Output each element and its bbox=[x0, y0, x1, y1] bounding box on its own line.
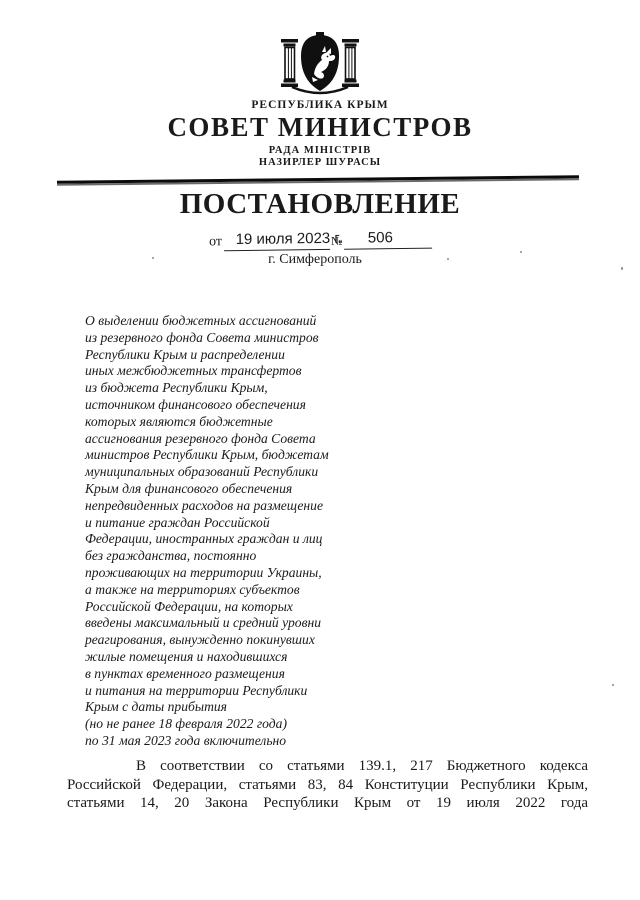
subject-line: без гражданства, постоянно bbox=[85, 548, 415, 565]
subject-line: жилые помещения и находившихся bbox=[85, 649, 415, 666]
subject-line: иных межбюджетных трансфертов bbox=[85, 363, 415, 380]
scan-speck bbox=[621, 267, 623, 270]
scan-speck bbox=[152, 257, 154, 259]
number-underline: 506 bbox=[344, 229, 432, 250]
subject-line: из бюджета Республики Крым, bbox=[85, 380, 415, 397]
subject-line: введены максимальный и средний уровни bbox=[85, 615, 415, 632]
document-page: РЕСПУБЛИКА КРЫМ СОВЕТ МИНИСТРОВ РАДА МІН… bbox=[0, 0, 640, 900]
place-name: г. Симферополь bbox=[245, 252, 385, 268]
subject-line: Республики Крым и распределении bbox=[85, 347, 415, 364]
date-number-row: от 19 июля 2023 г. № 506 bbox=[209, 228, 435, 252]
subject-line: по 31 мая 2023 года включительно bbox=[85, 733, 415, 750]
left-column bbox=[281, 39, 298, 87]
subject-line: Крым для финансового обеспечения bbox=[85, 481, 415, 498]
subject-line: реагирования, вынужденно покинувших bbox=[85, 632, 415, 649]
subject-line: в пунктах временного размещения bbox=[85, 666, 415, 683]
subject-line: Крым с даты прибытия bbox=[85, 699, 415, 716]
document-type-title: ПОСТАНОВЛЕНИЕ bbox=[0, 188, 640, 221]
republic-name: РЕСПУБЛИКА КРЫМ bbox=[0, 99, 640, 111]
subject-line: и питание граждан Российской bbox=[85, 515, 415, 532]
subject-line: ассигнования резервного фонда Совета bbox=[85, 431, 415, 448]
number-value: 506 bbox=[350, 229, 410, 247]
subject-line: муниципальных образований Республики bbox=[85, 464, 415, 481]
subject-annotation: О выделении бюджетных ассигнований из ре… bbox=[85, 313, 415, 750]
body-line: В соответствии со статьями 139.1, 217 Бю… bbox=[67, 757, 588, 776]
subject-line: Российской Федерации, на которых bbox=[85, 599, 415, 616]
subject-line: проживающих на территории Украины, bbox=[85, 565, 415, 582]
subject-line: О выделении бюджетных ассигнований bbox=[85, 313, 415, 330]
org-name-crimean-tatar: НАЗИРЛЕР ШУРАСЫ bbox=[0, 157, 640, 168]
body-paragraph: В соответствии со статьями 139.1, 217 Бю… bbox=[67, 757, 588, 813]
header-divider bbox=[57, 175, 579, 185]
date-underline: 19 июля 2023 г. bbox=[224, 230, 330, 251]
right-column bbox=[342, 39, 359, 87]
subject-line: которых являются бюджетные bbox=[85, 414, 415, 431]
subject-line: Федерации, иностранных граждан и лиц bbox=[85, 531, 415, 548]
date-value: 19 июля 2023 г. bbox=[227, 230, 351, 249]
org-name-ukrainian: РАДА МІНІСТРІВ bbox=[0, 145, 640, 156]
body-line: статьями 14, 20 Закона Республики Крым о… bbox=[67, 794, 588, 813]
subject-line: а также на территориях субъектов bbox=[85, 582, 415, 599]
from-label: от bbox=[209, 234, 222, 251]
subject-line: непредвиденных расходов на размещение bbox=[85, 498, 415, 515]
subject-line: источником финансового обеспечения bbox=[85, 397, 415, 414]
subject-line: министров Республики Крым, бюджетам bbox=[85, 447, 415, 464]
scan-speck bbox=[447, 258, 449, 260]
subject-line: из резервного фонда Совета министров bbox=[85, 330, 415, 347]
scan-speck bbox=[612, 684, 614, 686]
scan-speck bbox=[520, 251, 522, 253]
subject-line: (но не ранее 18 февраля 2022 года) bbox=[85, 716, 415, 733]
crimea-coat-of-arms-icon bbox=[278, 30, 362, 98]
body-line: Российской Федерации, статьями 83, 84 Ко… bbox=[67, 776, 588, 795]
org-name-russian: СОВЕТ МИНИСТРОВ bbox=[0, 112, 640, 143]
subject-line: и питания на территории Республики bbox=[85, 683, 415, 700]
